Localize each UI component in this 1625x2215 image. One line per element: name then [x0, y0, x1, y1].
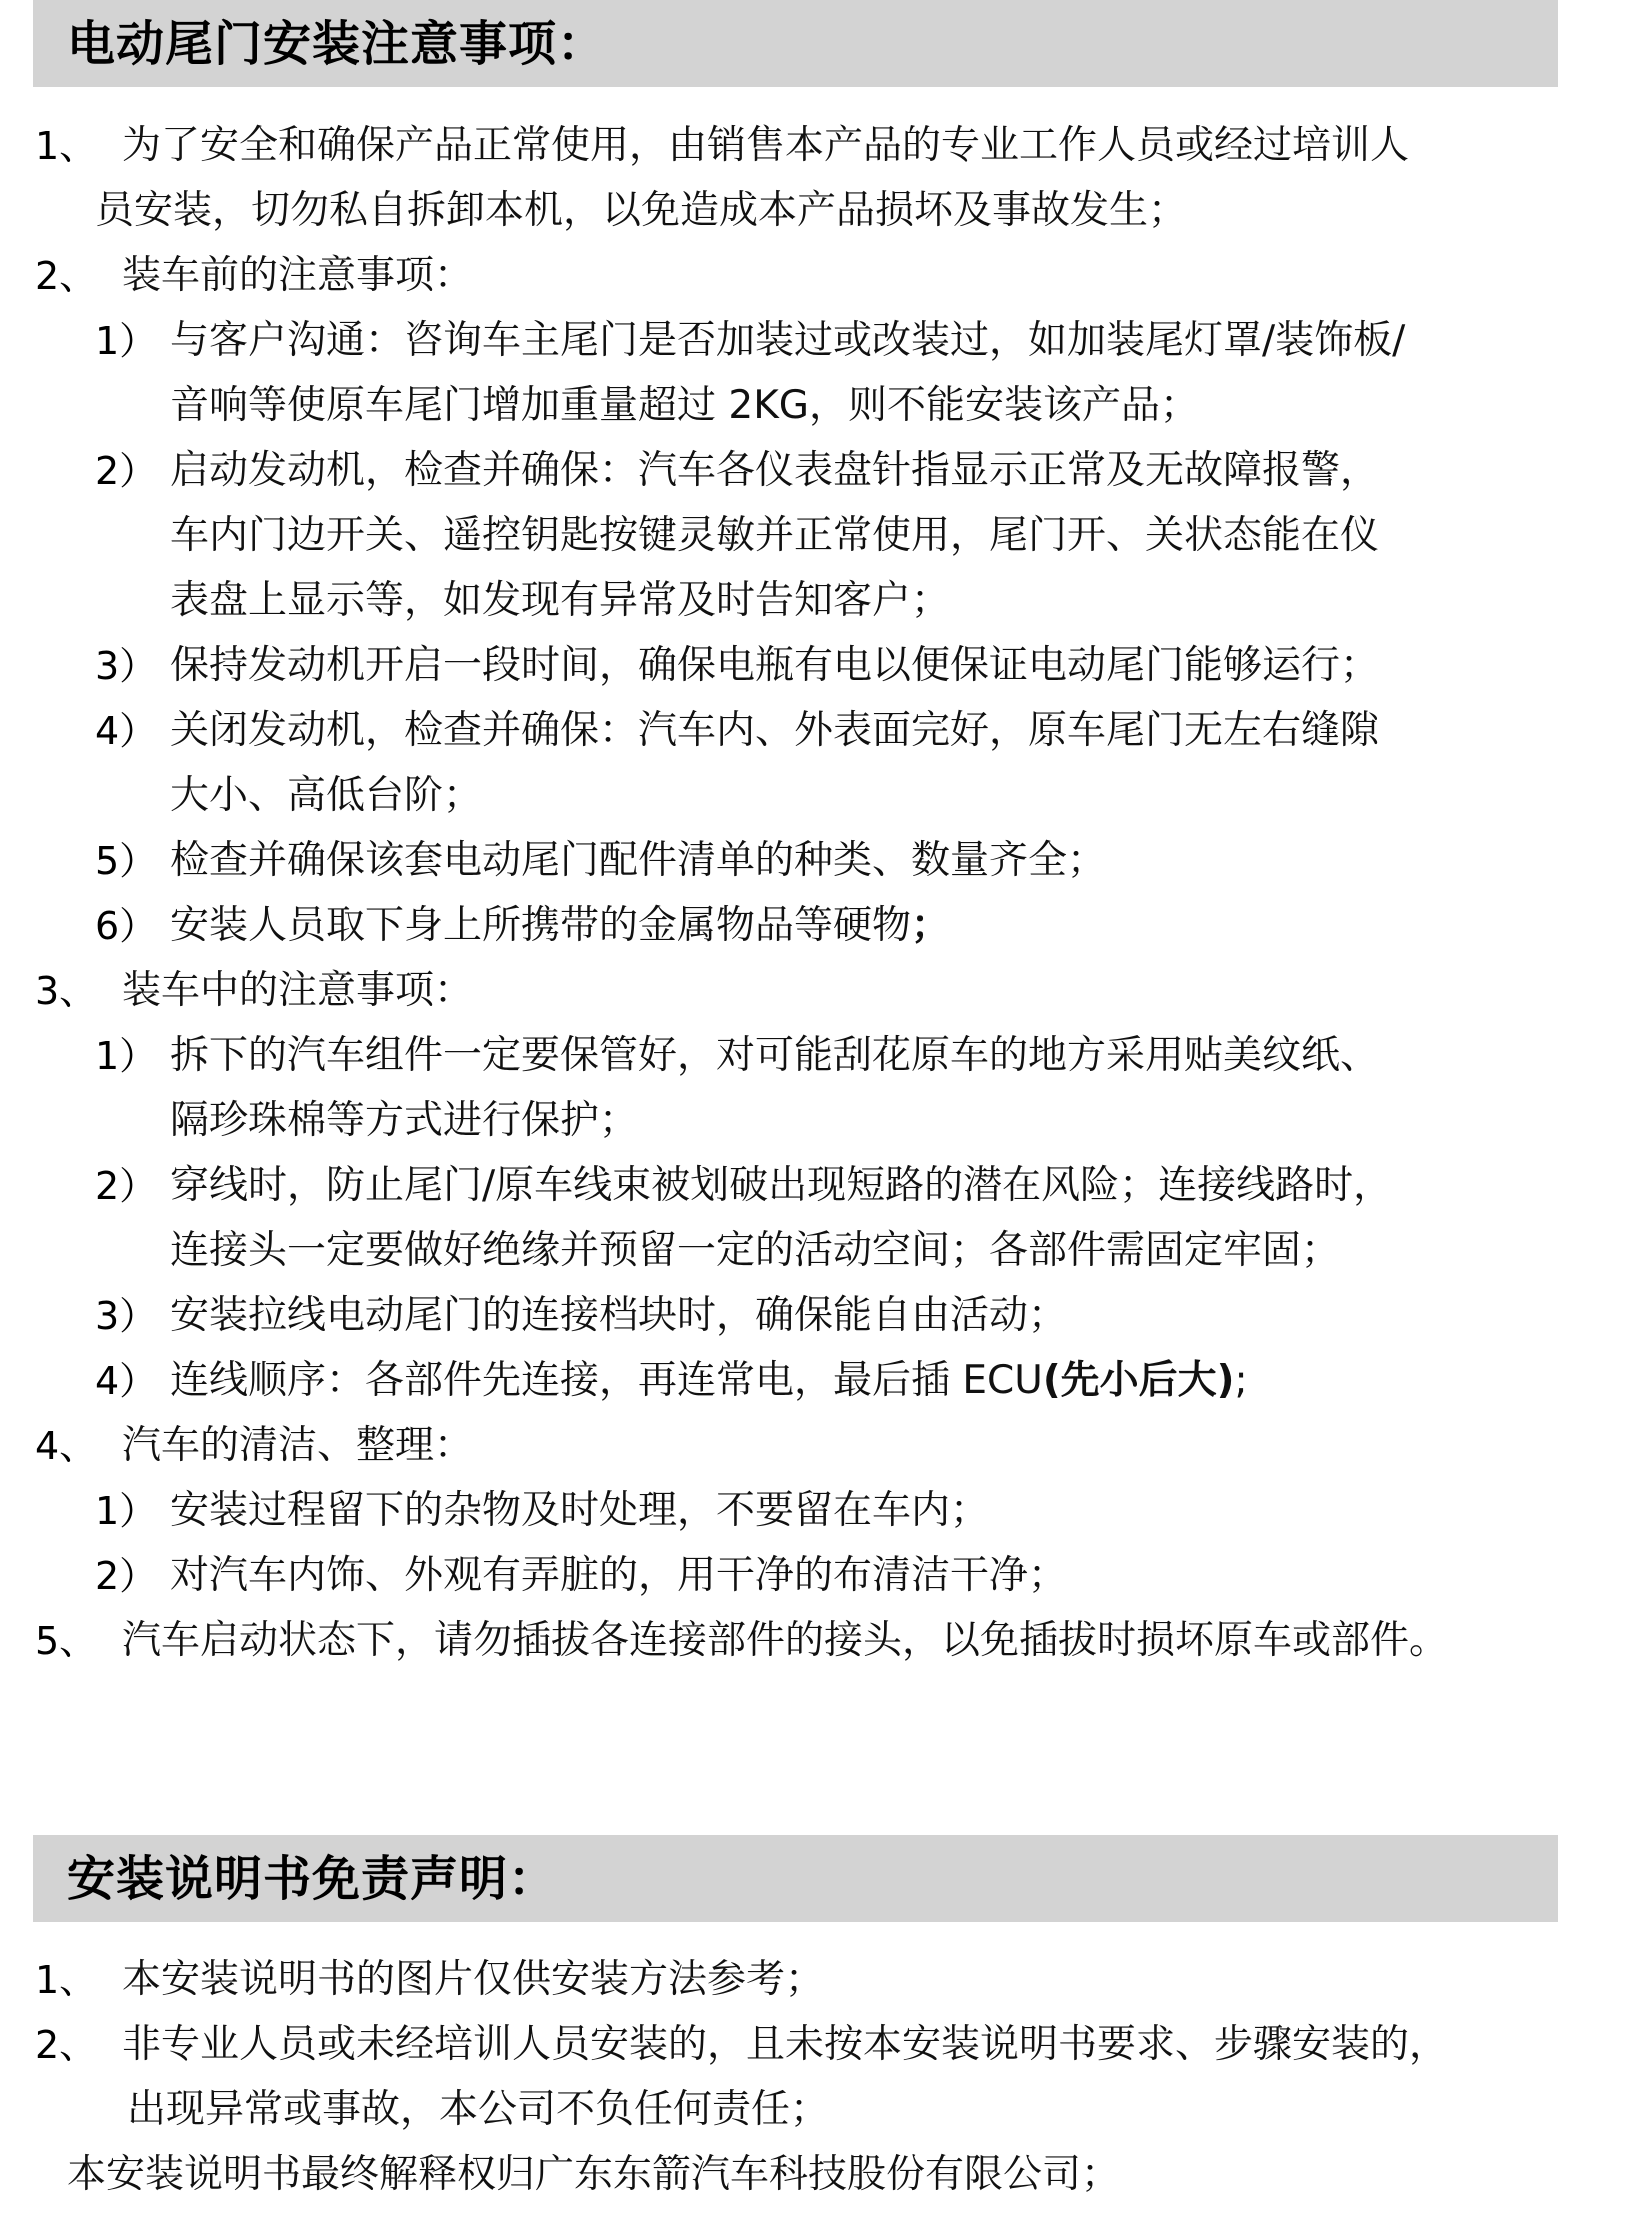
item-number: 3、 — [35, 966, 97, 1016]
item-heading: 装车中的注意事项： — [122, 966, 473, 1016]
subitem-number: 2） — [95, 1161, 157, 1211]
item-number: 2、 — [35, 251, 97, 301]
subitem-number: 1） — [95, 316, 157, 366]
subitem-text: 安装拉线电动尾门的连接档块时，确保能自由活动； — [170, 1291, 1067, 1341]
subitem-text-continuation: 车内门边开关、遥控钥匙按键灵敏并正常使用，尾门开、关状态能在仪 — [170, 511, 1379, 561]
subitem-number: 4） — [95, 706, 157, 756]
subitem-text-suffix: ; — [1234, 1358, 1247, 1403]
item-text-continuation: 员安装，切勿私自拆卸本机，以免造成本产品损坏及事故发生； — [95, 186, 1187, 236]
subitem-text: 安装人员取下身上所携带的金属物品等硬物； — [170, 901, 950, 951]
subitem-text-continuation: 表盘上显示等，如发现有异常及时告知客户； — [170, 576, 950, 626]
subitem-number: 4） — [95, 1356, 157, 1406]
item-number: 1、 — [35, 121, 97, 171]
subitem-text-continuation: 音响等使原车尾门增加重量超过 2KG，则不能安装该产品； — [170, 381, 1199, 431]
section-header-installation-notes: 电动尾门安装注意事项： — [33, 0, 1558, 87]
subitem-number: 2） — [95, 1551, 157, 1601]
section-header-disclaimer: 安装说明书免责声明： — [33, 1835, 1558, 1922]
item-heading: 汽车的清洁、整理： — [122, 1421, 473, 1471]
item-number: 4、 — [35, 1421, 97, 1471]
subitem-text: 安装过程留下的杂物及时处理，不要留在车内； — [170, 1486, 989, 1536]
section-title: 电动尾门安装注意事项： — [67, 14, 606, 74]
subitem-number: 6） — [95, 901, 157, 951]
subitem-text-main: 安装人员取下身上所携带的金属物品等硬物 — [170, 903, 911, 948]
subitem-text-continuation: 连接头一定要做好绝缘并预留一定的活动空间；各部件需固定牢固； — [170, 1226, 1340, 1276]
subitem-text: 与客户沟通：咨询车主尾门是否加装过或改装过，如加装尾灯罩/装饰板/ — [170, 316, 1405, 366]
subitem-text: 连线顺序：各部件先连接，再连常电，最后插 ECU(先小后大); — [170, 1356, 1248, 1406]
disclaimer-text: 非专业人员或未经培训人员安装的，且未按本安装说明书要求、步骤安装的， — [122, 2020, 1448, 2070]
item-number: 5、 — [35, 1616, 97, 1666]
subitem-number: 2） — [95, 446, 157, 496]
subitem-text-continuation: 大小、高低台阶； — [170, 771, 482, 821]
disclaimer-number: 1、 — [35, 1955, 97, 2005]
item-text: 汽车启动状态下，请勿插拔各连接部件的接头，以免插拔时损坏原车或部件。 — [122, 1616, 1448, 1666]
subitem-number: 5） — [95, 836, 157, 886]
subitem-text-bold-suffix: ； — [911, 903, 950, 948]
subitem-number: 3） — [95, 1291, 157, 1341]
subitem-text: 穿线时，防止尾门/原车线束被划破出现短路的潜在风险；连接线路时， — [170, 1161, 1392, 1211]
subitem-text: 检查并确保该套电动尾门配件清单的种类、数量齐全； — [170, 836, 1106, 886]
subitem-text: 对汽车内饰、外观有弄脏的，用干净的布清洁干净； — [170, 1551, 1067, 1601]
subitem-number: 1） — [95, 1031, 157, 1081]
interpretation-rights-statement: 本安装说明书最终解释权归广东东箭汽车科技股份有限公司； — [67, 2150, 1120, 2200]
subitem-text: 保持发动机开启一段时间，确保电瓶有电以便保证电动尾门能够运行； — [170, 641, 1379, 691]
disclaimer-text: 本安装说明书的图片仅供安装方法参考； — [122, 1955, 824, 2005]
subitem-text-bold-emphasis: (先小后大) — [1043, 1358, 1235, 1403]
subitem-text-main: 连线顺序：各部件先连接，再连常电，最后插 ECU — [170, 1358, 1043, 1403]
subitem-number: 1） — [95, 1486, 157, 1536]
section-title: 安装说明书免责声明： — [67, 1849, 557, 1909]
subitem-text: 关闭发动机，检查并确保：汽车内、外表面完好，原车尾门无左右缝隙 — [170, 706, 1379, 756]
subitem-text: 启动发动机，检查并确保：汽车各仪表盘针指显示正常及无故障报警， — [170, 446, 1379, 496]
disclaimer-number: 2、 — [35, 2020, 97, 2070]
item-text: 为了安全和确保产品正常使用，由销售本产品的专业工作人员或经过培训人 — [122, 121, 1409, 171]
subitem-number: 3） — [95, 641, 157, 691]
item-heading: 装车前的注意事项： — [122, 251, 473, 301]
subitem-text: 拆下的汽车组件一定要保管好，对可能刮花原车的地方采用贴美纹纸、 — [170, 1031, 1379, 1081]
disclaimer-text-continuation: 出现异常或事故，本公司不负任何责任； — [127, 2085, 829, 2135]
subitem-text-continuation: 隔珍珠棉等方式进行保护； — [170, 1096, 638, 1146]
